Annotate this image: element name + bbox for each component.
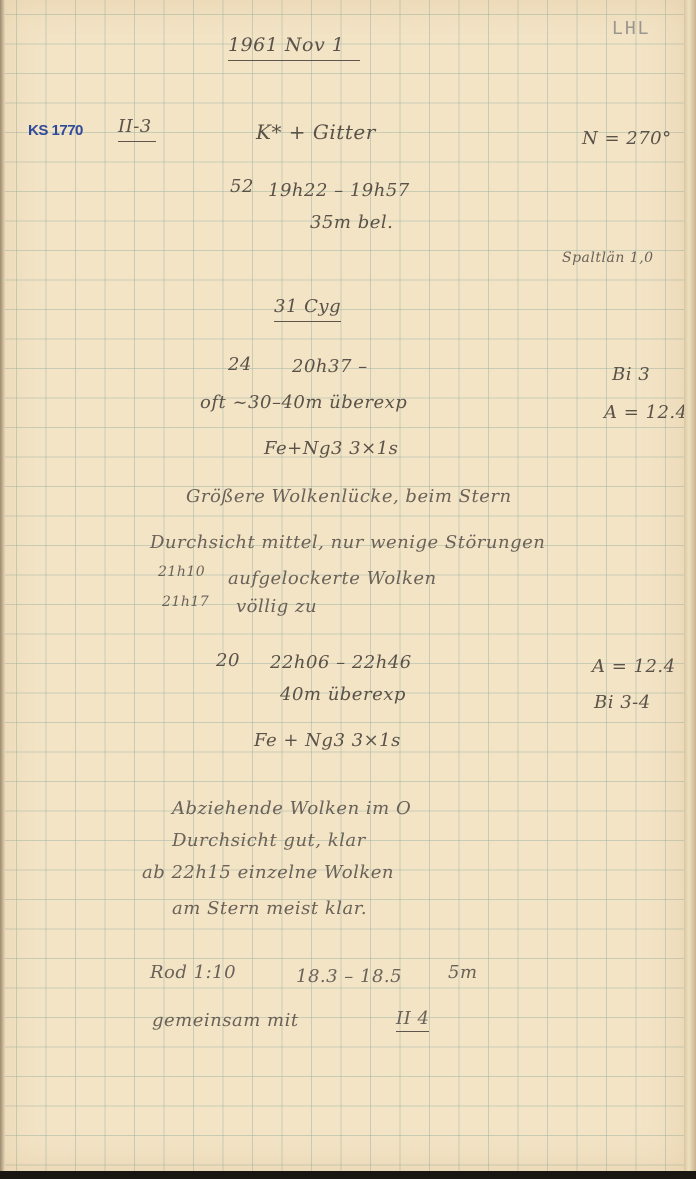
exposure2-right-line1: Bi 3	[612, 364, 650, 385]
page-number-stamp: LHL	[612, 18, 651, 39]
plate-id: KS 1770	[28, 122, 83, 139]
note1-line2: Durchsicht mittel, nur wenige Störungen	[150, 532, 545, 553]
exposure2-right-line2: A = 12.4	[604, 402, 688, 423]
exposure1-note: 35m bel.	[310, 212, 393, 233]
exposure3-note: 40m überexp	[280, 684, 406, 705]
exposure3-number: 20	[216, 650, 240, 671]
timed-note2-text: völlig zu	[236, 596, 317, 617]
exposure2-number: 24	[228, 354, 252, 375]
exposure2-filter: Fe+Ng3 3×1s	[264, 438, 398, 459]
rod-exposure: 5m	[448, 962, 478, 983]
rod-label: Rod 1:10	[150, 962, 236, 983]
note2-line1: Abziehende Wolken im O	[172, 798, 411, 819]
exposure2-note: oft ~30–40m überexp	[200, 392, 407, 413]
page-bottom-edge	[0, 1171, 696, 1179]
side-note: Spaltlän 1,0	[562, 250, 654, 266]
note2-line3: ab 22h15 einzelne Wolken	[142, 862, 394, 883]
exposure2-time: 20h37 –	[292, 356, 368, 377]
together-text: gemeinsam mit	[152, 1010, 299, 1031]
exposure1-number: 52	[230, 176, 254, 197]
page-left-edge	[0, 0, 5, 1171]
exposure3-filter: Fe + Ng3 3×1s	[254, 730, 401, 751]
rod-range: 18.3 – 18.5	[296, 966, 402, 987]
date-heading: 1961 Nov 1	[228, 34, 360, 61]
page-binding-edge	[684, 0, 696, 1179]
timed-note1-time: 21h10	[158, 564, 205, 580]
object-heading: 31 Cyg	[274, 296, 341, 322]
notebook-page: LHL 1961 Nov 1 KS 1770 II-3 K* + Gitter …	[0, 0, 684, 1171]
exposure3-time: 22h06 – 22h46	[270, 652, 412, 673]
together-ref: II 4	[396, 1008, 429, 1032]
note1-line1: Größere Wolkenlücke, beim Stern	[186, 486, 512, 507]
instrument-label: K* + Gitter	[256, 120, 376, 144]
exposure3-right-line1: A = 12.4	[592, 656, 676, 677]
exposure3-right-line2: Bi 3-4	[594, 692, 651, 713]
section-label: II-3	[118, 116, 156, 142]
note2-line2: Durchsicht gut, klar	[172, 830, 366, 851]
timed-note1-text: aufgelockerte Wolken	[228, 568, 437, 589]
timed-note2-time: 21h17	[162, 594, 209, 610]
exposure1-time: 19h22 – 19h57	[268, 180, 410, 201]
header-right-value: N = 270°	[582, 128, 672, 149]
note2-line4: am Stern meist klar.	[172, 898, 367, 919]
